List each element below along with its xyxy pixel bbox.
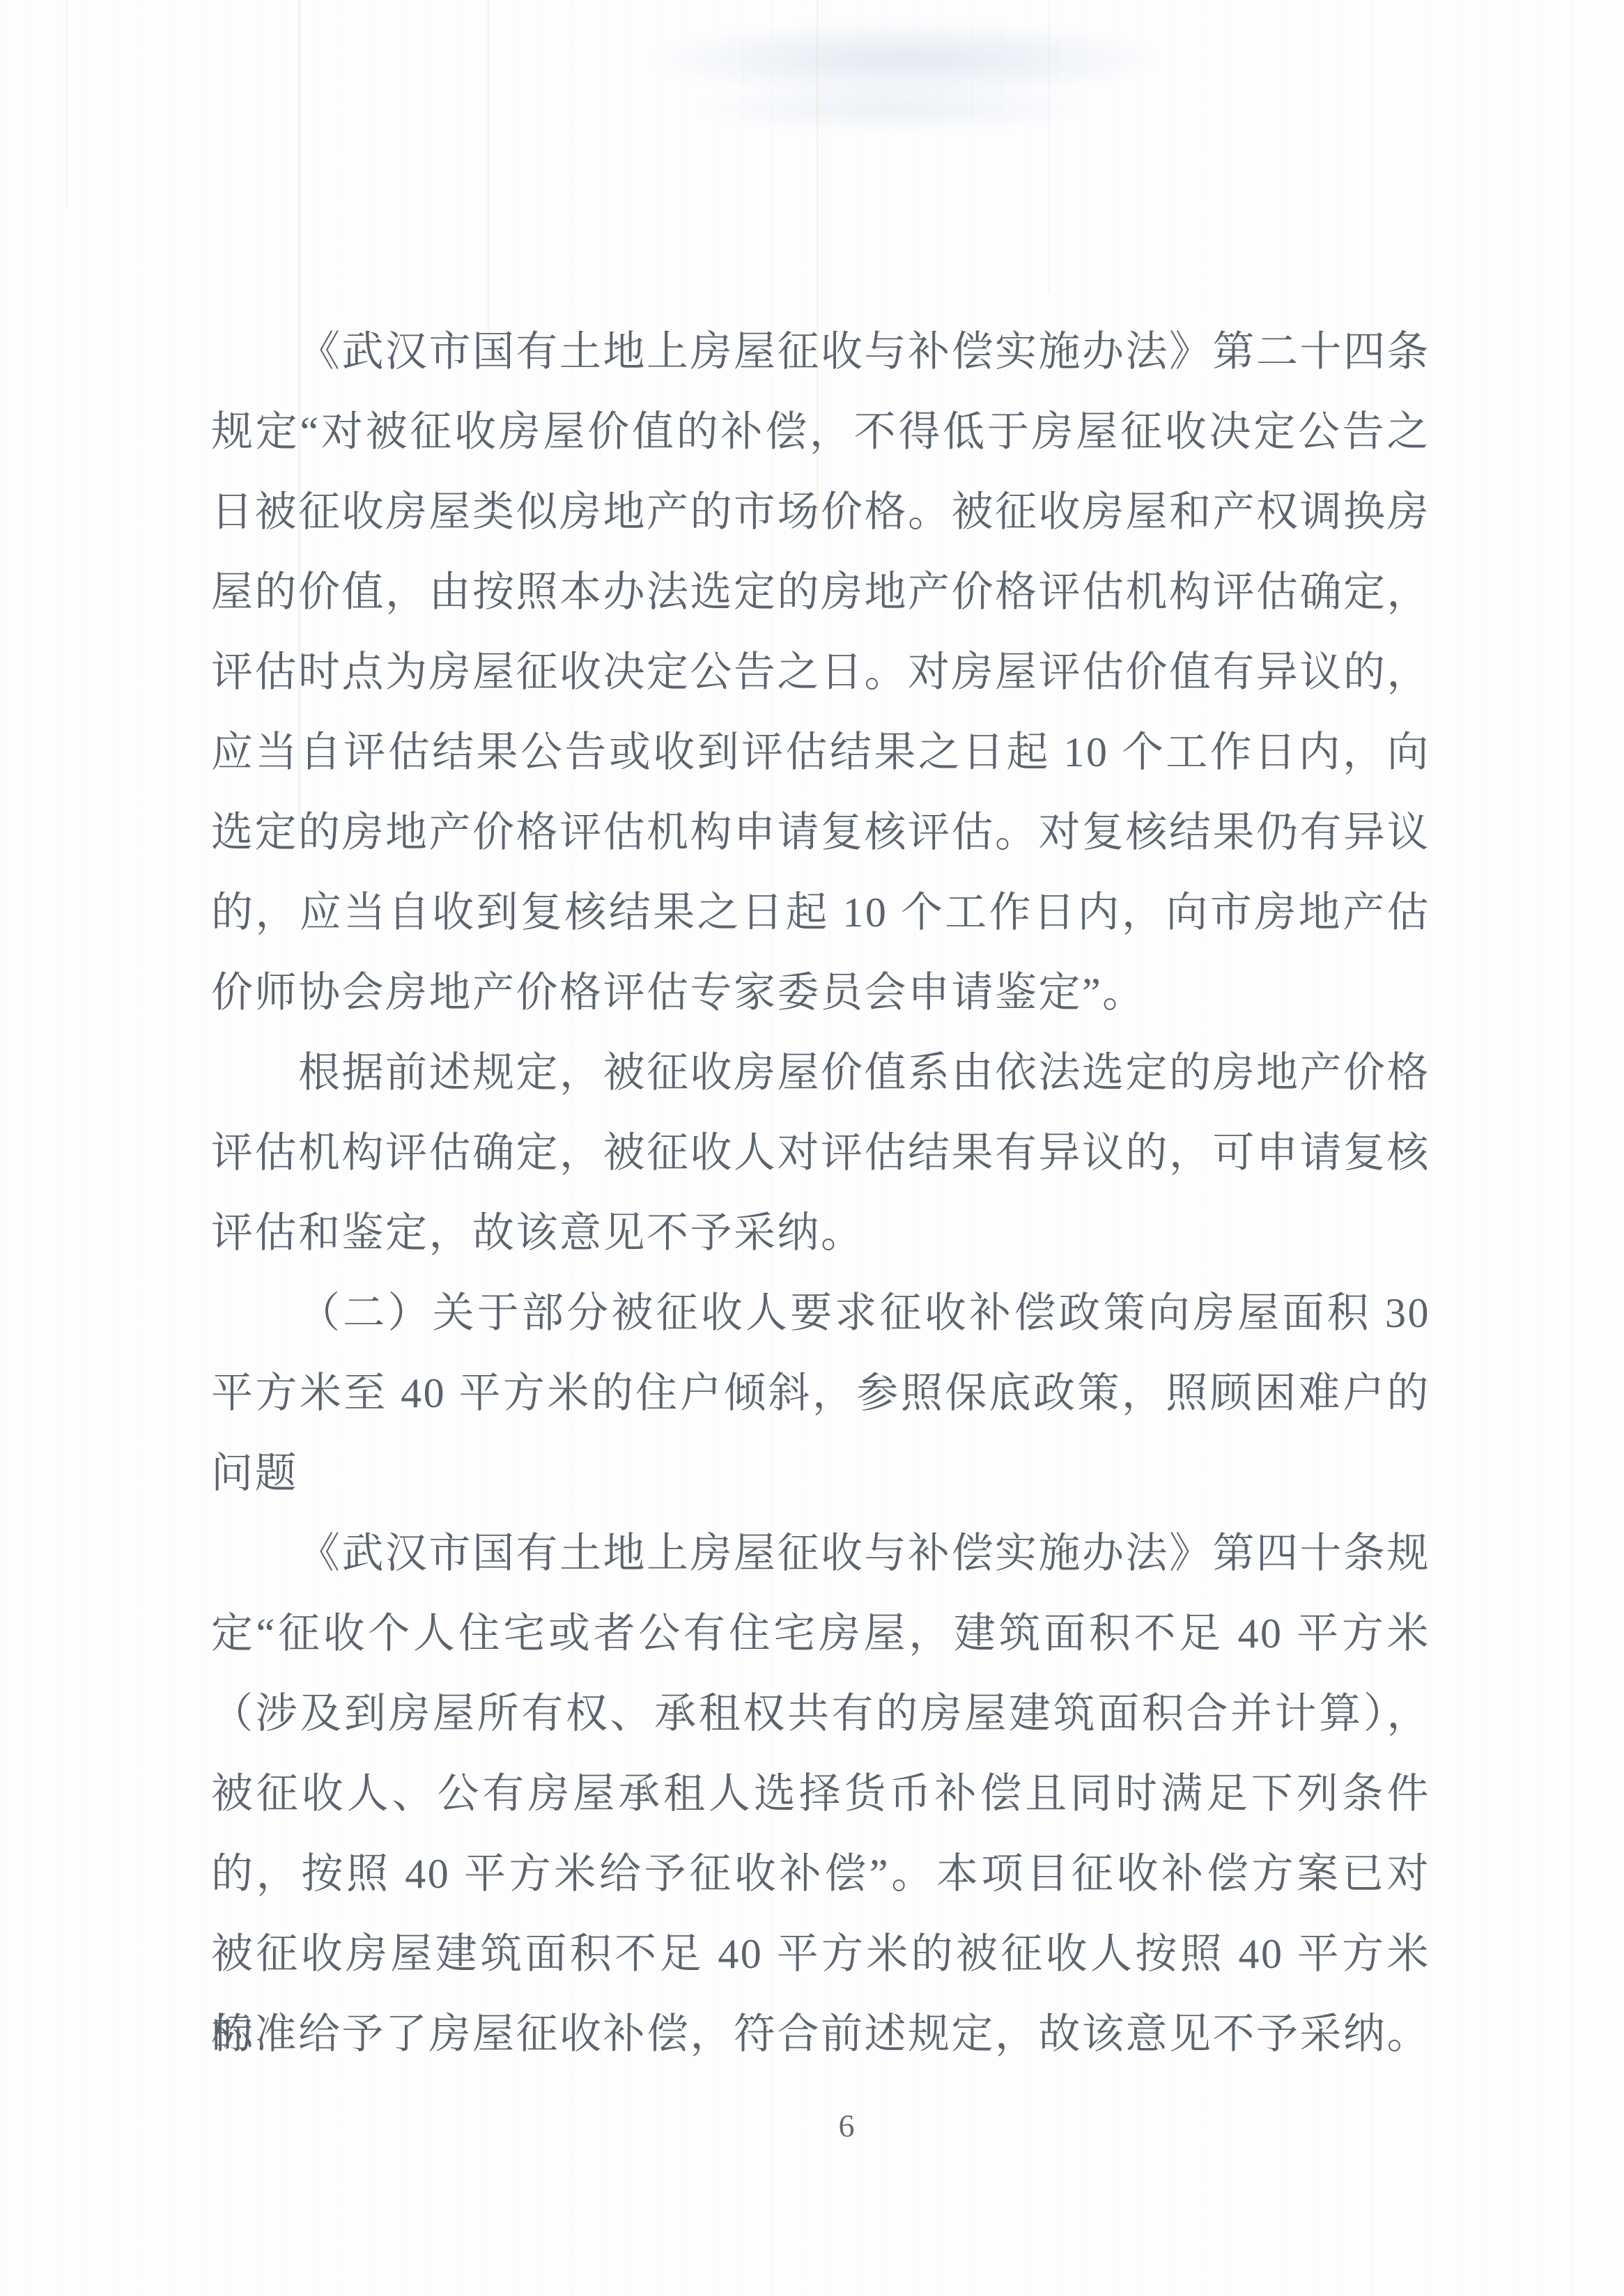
text-line: 标准给予了房屋征收补偿，符合前述规定，故该意见不予采纳。	[211, 1994, 1430, 2074]
scan-streak-artifact	[488, 0, 490, 362]
text-line: 根据前述规定，被征收房屋价值系由依法选定的房地产价格	[211, 1033, 1430, 1113]
text-line: 问题	[211, 1434, 1430, 1514]
text-line: 的，应当自收到复核结果之日起 10 个工作日内，向市房地产估	[211, 873, 1430, 953]
text-line: （二）关于部分被征收人要求征收补偿政策向房屋面积 30	[211, 1273, 1430, 1353]
text-line: 规定“对被征收房屋价值的补偿，不得低于房屋征收决定公告之	[211, 392, 1430, 472]
text-line: 价师协会房地产价格评估专家委员会申请鉴定”。	[211, 953, 1430, 1033]
text-line: 定“征收个人住宅或者公有住宅房屋，建筑面积不足 40 平方米	[211, 1594, 1430, 1674]
text-line: （涉及到房屋所有权、承租权共有的房屋建筑面积合并计算），	[211, 1674, 1430, 1754]
bleed-through-smudge-artifact	[648, 21, 1163, 98]
scan-streak-artifact	[1048, 0, 1050, 293]
text-line: 平方米至 40 平方米的住户倾斜，参照保底政策，照顾困难户的	[211, 1353, 1430, 1434]
document-body-text: 《武汉市国有土地上房屋征收与补偿实施办法》第二十四条 规定“对被征收房屋价值的补…	[211, 312, 1430, 2074]
text-line: 评估和鉴定，故该意见不予采纳。	[211, 1193, 1430, 1273]
text-line: 《武汉市国有土地上房屋征收与补偿实施办法》第二十四条	[211, 312, 1430, 392]
text-line: 《武汉市国有土地上房屋征收与补偿实施办法》第四十条规	[211, 1514, 1430, 1594]
text-line: 被征收房屋建筑面积不足 40 平方米的被征收人按照 40 平方米的	[211, 1914, 1430, 1994]
text-line: 屋的价值，由按照本办法选定的房地产价格评估机构评估确定，	[211, 552, 1430, 633]
text-line: 的，按照 40 平方米给予征收补偿”。本项目征收补偿方案已对	[211, 1834, 1430, 1914]
bleed-through-smudge-artifact	[697, 84, 1087, 132]
text-line: 应当自评估结果公告或收到评估结果之日起 10 个工作日内，向	[211, 713, 1430, 793]
text-line: 选定的房地产价格评估机构申请复核评估。对复核结果仍有异议	[211, 793, 1430, 873]
document-page: { "doc": { "lines": [ "《武汉市国有土地上房屋征收与补偿实…	[0, 0, 1624, 2296]
text-line: 评估时点为房屋征收决定公告之日。对房屋评估价值有异议的，	[211, 633, 1430, 713]
text-line: 日被征收房屋类似房地产的市场价格。被征收房屋和产权调换房	[211, 472, 1430, 552]
page-number: 6	[690, 2105, 1003, 2147]
text-line: 被征收人、公有房屋承租人选择货币补偿且同时满足下列条件	[211, 1754, 1430, 1834]
text-line: 评估机构评估确定，被征收人对评估结果有异议的，可申请复核	[211, 1113, 1430, 1193]
scan-streak-artifact	[66, 0, 68, 209]
